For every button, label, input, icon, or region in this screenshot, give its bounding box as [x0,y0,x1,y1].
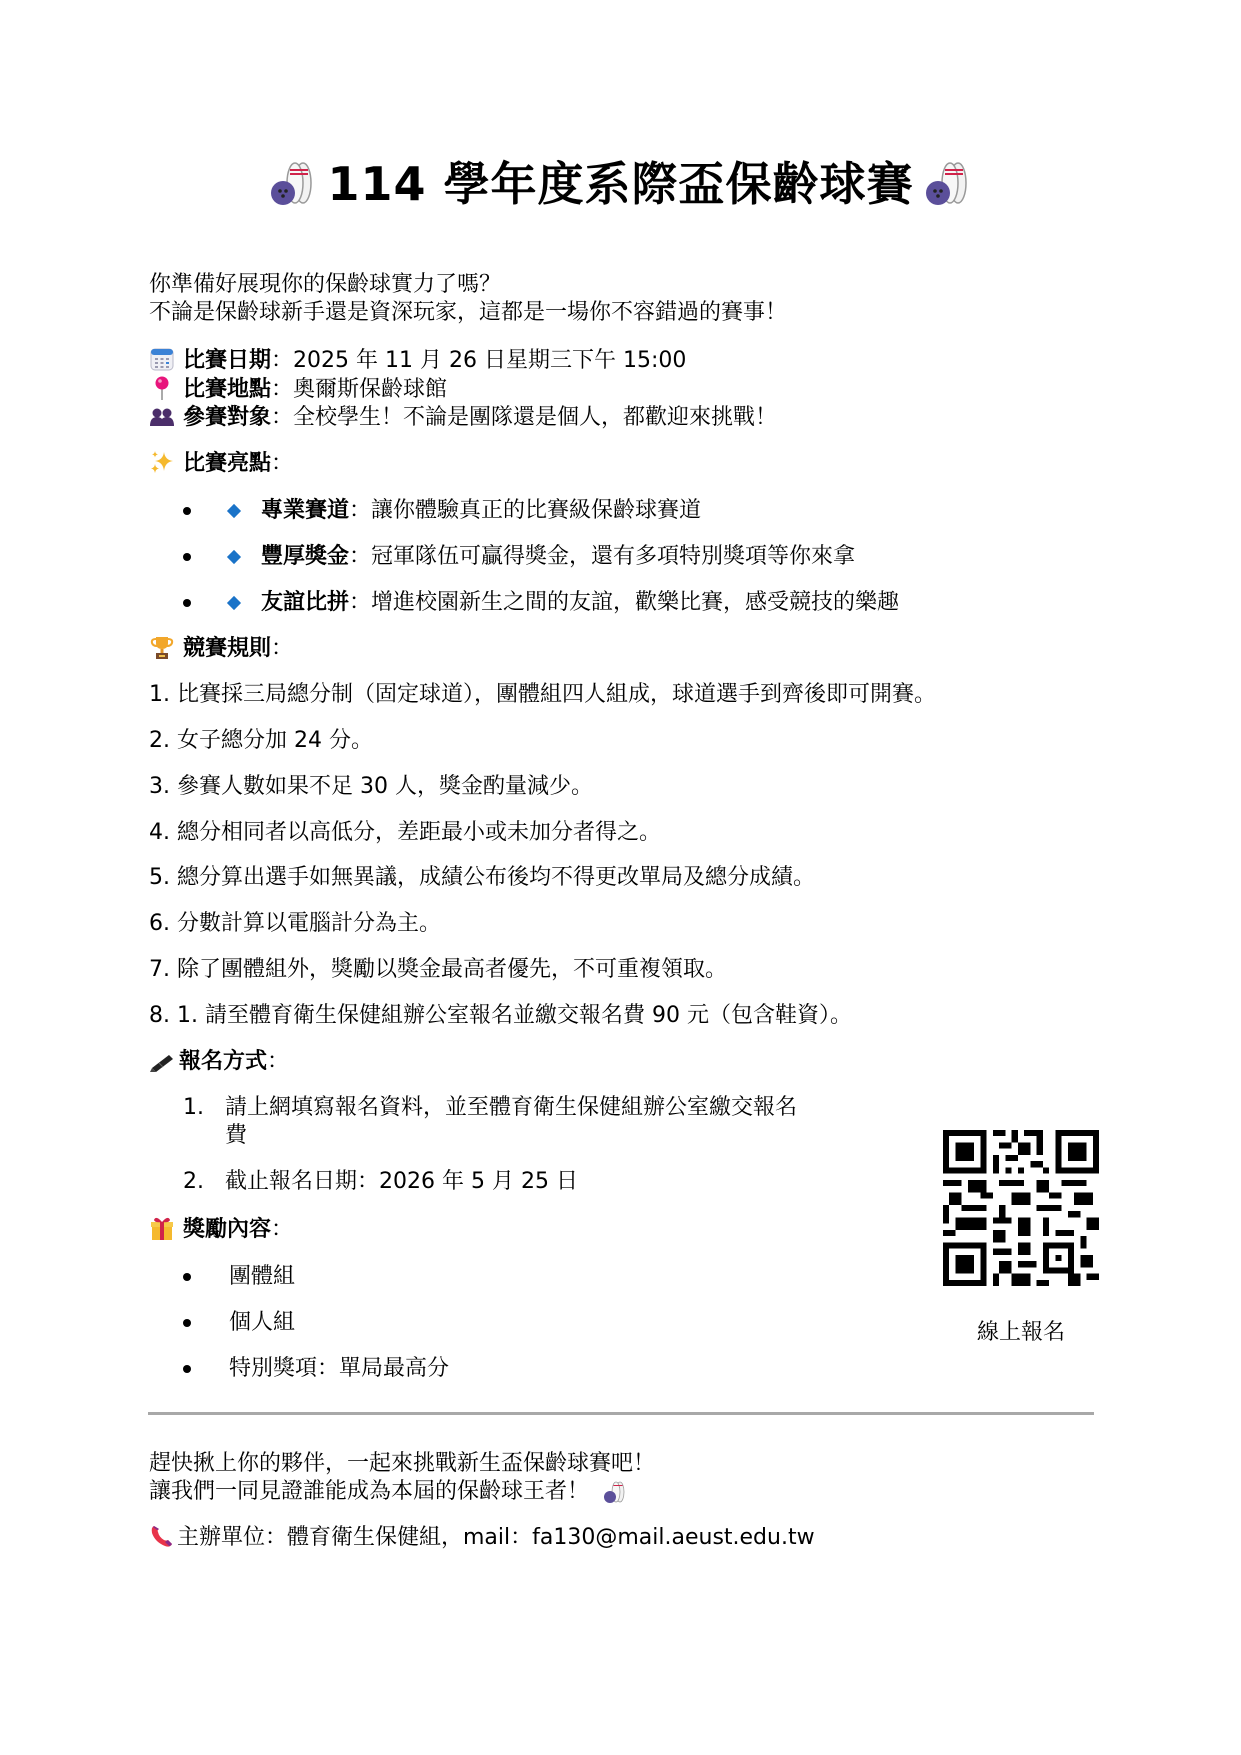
registration-heading: 報名方式： [149,1047,289,1077]
blue-diamond-icon [227,550,241,564]
page-title: 114 學年度系際盃保齡球賽 [0,148,1241,214]
bullet-icon [183,1273,191,1281]
heading-colon: ： [267,1049,289,1074]
highlight-label: 豐厚獎金 [261,542,349,572]
highlight-text: ：增進校園新生之間的友誼，歡樂比賽，感受競技的樂趣 [349,588,899,618]
rule-item: 4. 總分相同者以高低分，差距最小或未加分者得之。 [149,818,661,848]
highlight-text: ：讓你體驗真正的比賽級保齡球賽道 [349,496,701,526]
bowling-icon [602,1478,628,1504]
highlight-item: 專業賽道：讓你體驗真正的比賽級保齡球賽道 [183,496,701,526]
section-heading: 獎勵內容 [183,1217,271,1242]
prizes-heading: 獎勵內容： [149,1215,293,1245]
bullet-icon [183,1319,191,1327]
list-number: 2. [183,1168,225,1196]
list-text: 截止報名日期：2026 年 5 月 25 日 [225,1168,815,1196]
prize-item: 特別獎項：單局最高分 [183,1354,449,1384]
heading-colon: ： [271,636,293,661]
info-value: ：2025 年 11 月 26 日星期三下午 15:00 [271,348,686,373]
qr-label: 線上報名 [943,1315,1099,1346]
bullet-icon [183,553,191,561]
highlight-label: 專業賽道 [261,496,349,526]
highlight-label: 友誼比拼 [261,588,349,618]
highlights-heading: 比賽亮點： [149,449,293,479]
pushpin-icon [149,375,175,401]
section-heading: 報名方式 [179,1049,267,1074]
bowling-icon [267,155,319,207]
gift-icon [149,1215,175,1241]
rule-item: 1. 比賽採三局總分制（固定球道），團體組四人組成，球道選手到齊後即可開賽。 [149,680,936,710]
bowling-icon [922,155,974,207]
info-value: ：全校學生！不論是團隊還是個人，都歡迎來挑戰！ [271,405,777,430]
list-text: 請上網填寫報名資料，並至體育衛生保健組辦公室繳交報名費 [225,1094,815,1150]
registration-item: 2. 截止報名日期：2026 年 5 月 25 日 [183,1168,815,1196]
contact-text: 主辦單位：體育衛生保健組，mail：fa130@mail.aeust.edu.t… [177,1525,815,1550]
rule-item: 5. 總分算出選手如無異議，成績公布後均不得更改單局及總分成績。 [149,863,815,893]
info-label: 比賽地點 [183,377,271,402]
info-audience: 參賽對象：全校學生！不論是團隊還是個人，都歡迎來挑戰！ [149,403,777,433]
registration-item: 1. 請上網填寫報名資料，並至體育衛生保健組辦公室繳交報名費 [183,1094,815,1150]
telephone-icon [149,1523,175,1549]
flyer-page: 114 學年度系際盃保齡球賽 你準備好展現你的保齡球實力了嗎？ 不論是保齡球新手… [0,0,1241,1755]
bullet-icon [183,507,191,515]
trophy-icon [149,634,175,660]
rule-item: 7. 除了團體組外，獎勵以獎金最高者優先，不可重複領取。 [149,955,727,985]
qr-code[interactable] [943,1130,1099,1286]
calendar-icon [149,346,175,372]
horizontal-divider [148,1412,1094,1415]
highlight-item: 友誼比拼：增進校園新生之間的友誼，歡樂比賽，感受競技的樂趣 [183,588,899,618]
contact-line: 主辦單位：體育衛生保健組，mail：fa130@mail.aeust.edu.t… [149,1523,815,1553]
heading-colon: ： [271,451,293,476]
rule-item: 8. 1. 請至體育衛生保健組辦公室報名並繳交報名費 90 元（包含鞋資）。 [149,1001,852,1031]
people-icon [149,403,175,429]
footer-line-1: 趕快揪上你的夥伴，一起來挑戰新生盃保齡球賽吧！ [149,1449,655,1479]
prize-text: 特別獎項：單局最高分 [229,1354,449,1384]
info-location: 比賽地點：奧爾斯保齡球館 [149,375,447,405]
bullet-icon [183,1365,191,1373]
blue-diamond-icon [227,596,241,610]
info-value: ：奧爾斯保齡球館 [271,377,447,402]
pen-icon [149,1047,175,1073]
info-label: 比賽日期 [183,348,271,373]
section-heading: 比賽亮點 [183,451,271,476]
intro-line-2: 不論是保齡球新手還是資深玩家，這都是一場你不容錯過的賽事！ [149,298,787,328]
sparkles-icon [149,449,175,475]
rule-item: 2. 女子總分加 24 分。 [149,726,373,756]
highlight-text: ：冠軍隊伍可贏得獎金，還有多項特別獎項等你來拿 [349,542,855,572]
prize-text: 團體組 [229,1262,295,1292]
rule-item: 6. 分數計算以電腦計分為主。 [149,909,441,939]
heading-colon: ： [271,1217,293,1242]
footer-line-2-text: 讓我們一同見證誰能成為本屆的保齡球王者！ [149,1479,589,1504]
prize-item: 團體組 [183,1262,295,1292]
info-date: 比賽日期：2025 年 11 月 26 日星期三下午 15:00 [149,346,686,376]
prize-text: 個人組 [229,1308,295,1338]
footer-line-2: 讓我們一同見證誰能成為本屆的保齡球王者！ [149,1477,628,1507]
rules-heading: 競賽規則： [149,634,293,664]
title-text: 114 學年度系際盃保齡球賽 [327,148,913,214]
blue-diamond-icon [227,504,241,518]
section-heading: 競賽規則 [183,636,271,661]
intro-line-1: 你準備好展現你的保齡球實力了嗎？ [149,270,501,300]
info-label: 參賽對象 [183,405,271,430]
list-number: 1. [183,1094,225,1150]
prize-item: 個人組 [183,1308,295,1338]
bullet-icon [183,599,191,607]
highlight-item: 豐厚獎金：冠軍隊伍可贏得獎金，還有多項特別獎項等你來拿 [183,542,855,572]
rule-item: 3. 參賽人數如果不足 30 人，獎金酌量減少。 [149,772,593,802]
